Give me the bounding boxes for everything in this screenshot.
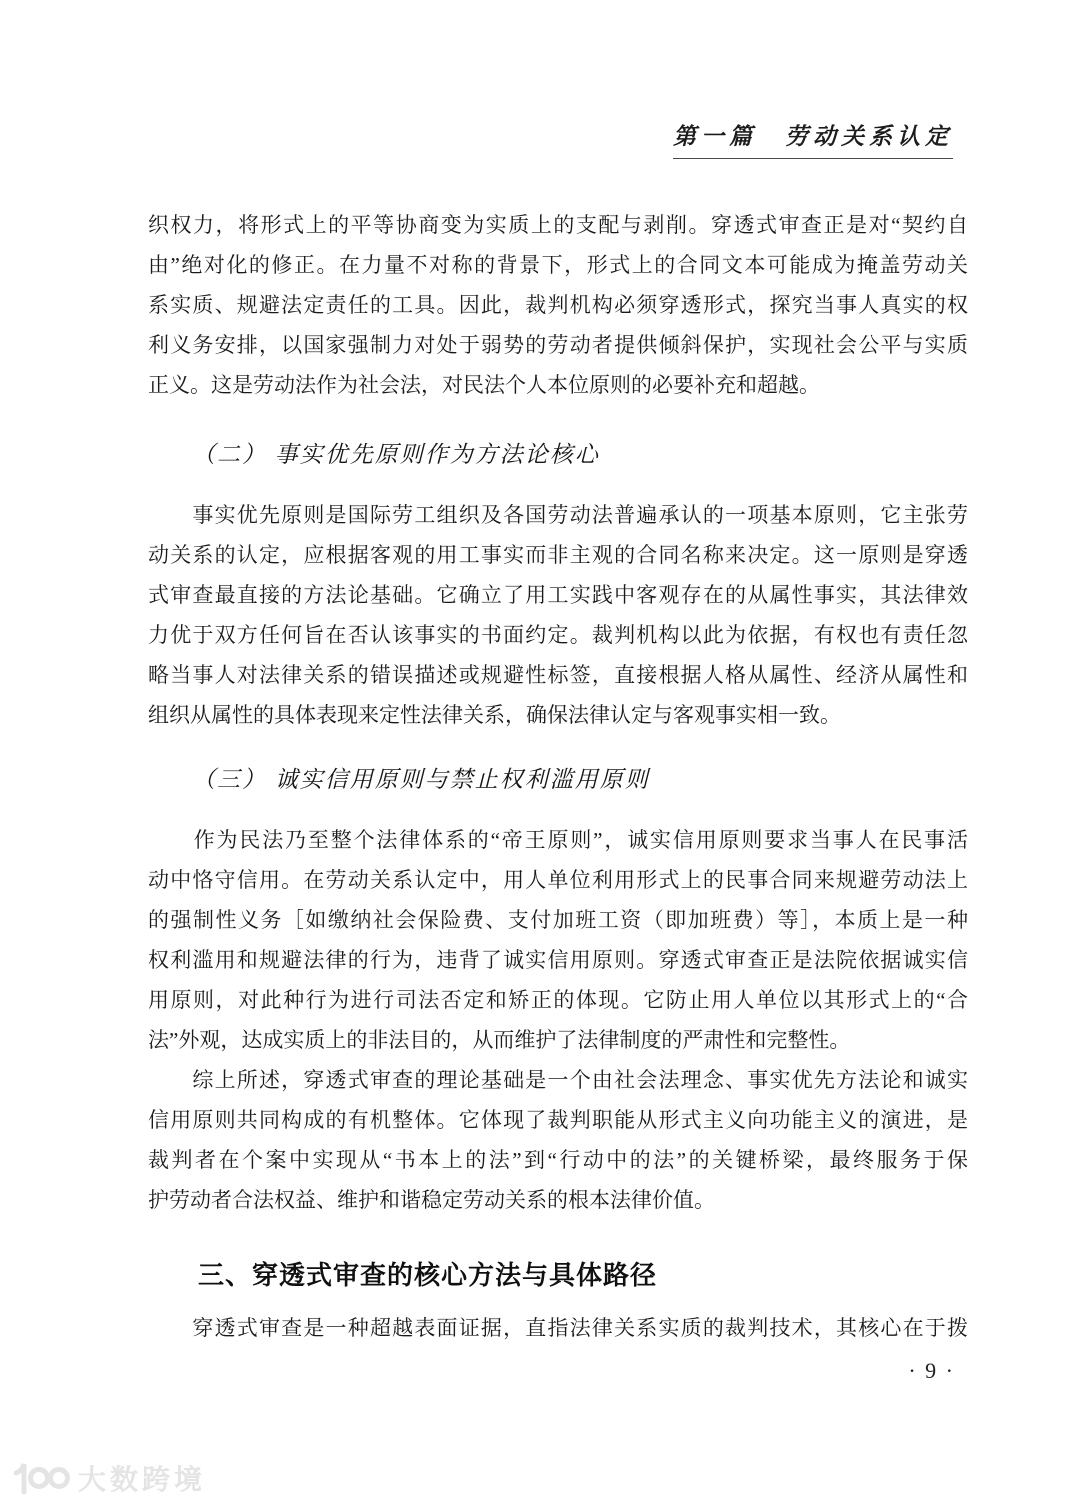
text-line: 事实优先原则是国际劳工组织及各国劳动法普遍承认的一项基本原则，它主张劳 [148, 495, 968, 535]
text-line: 穿透式审查是一种超越表面证据，直指法律关系实质的裁判技术，其核心在于拨 [148, 1308, 968, 1348]
text-line: 综上所述，穿透式审查的理论基础是一个由社会法理念、事实优先方法论和诚实 [148, 1060, 968, 1100]
watermark-logo-icon [12, 1459, 70, 1497]
text-line: 的强制性义务［如缴纳社会保险费、支付加班工资（即加班费）等］，本质上是一种 [148, 900, 968, 940]
dashukuajing-watermark: 大数跨境 [12, 1458, 206, 1498]
text-line: 组织从属性的具体表现来定性法律关系，确保法律认定与客观事实相一致。 [148, 695, 968, 735]
text-line: 裁判者在个案中实现从“书本上的法”到“行动中的法”的关键桥梁，最终服务于保 [148, 1140, 968, 1180]
text-line: 织权力，将形式上的平等协商变为实质上的支配与剥削。穿透式审查正是对“契约自 [148, 205, 968, 245]
text-line: 信用原则共同构成的有机整体。它体现了裁判职能从形式主义向功能主义的演进，是 [148, 1100, 968, 1140]
chapter-section-heading: 三、穿透式审查的核心方法与具体路径 [148, 1254, 1018, 1296]
text-line: 动关系的认定，应根据客观的用工事实而非主观的合同名称来决定。这一原则是穿透 [148, 535, 968, 575]
book-page: 第一篇 劳动关系认定 织权力，将形式上的平等协商变为实质上的支配与剥削。穿透式审… [0, 0, 1080, 1512]
text-line: 利义务安排，以国家强制力对处于弱势的劳动者提供倾斜保护，实现社会公平与实质 [148, 325, 968, 365]
text-line: 法”外观，达成实质上的非法目的，从而维护了法律制度的严肃性和完整性。 [148, 1020, 968, 1060]
text-line: 正义。这是劳动法作为社会法，对民法个人本位原则的必要补充和超越。 [148, 365, 968, 405]
paragraph-fact-priority: 事实优先原则是国际劳工组织及各国劳动法普遍承认的一项基本原则，它主张劳动关系的认… [148, 495, 968, 735]
text-line: 用原则，对此种行为进行司法否定和矫正的体现。它防止用人单位以其形式上的“合 [148, 980, 968, 1020]
text-line: 动中恪守信用。在劳动关系认定中，用人单位利用形式上的民事合同来规避劳动法上 [148, 860, 968, 900]
running-head: 第一篇 劳动关系认定 [673, 118, 953, 159]
text-line: 系实质、规避法定责任的工具。因此，裁判机构必须穿透形式，探究当事人真实的权 [148, 285, 968, 325]
text-line: 式审查最直接的方法论基础。它确立了用工实践中客观存在的从属性事实，其法律效 [148, 575, 968, 615]
text-line: 力优于双方任何旨在否认该事实的书面约定。裁判机构以此为依据，有权也有责任忽 [148, 615, 968, 655]
text-line: 权利滥用和规避法律的行为，违背了诚实信用原则。穿透式审查正是法院依据诚实信 [148, 940, 968, 980]
section-heading-2: （二） 事实优先原则作为方法论核心 [148, 435, 1012, 475]
text-line: 护劳动者合法权益、维护和谐稳定劳动关系的根本法律价值。 [148, 1180, 968, 1220]
page-number: · 9 · [908, 1358, 955, 1384]
text-line: 作为民法乃至整个法律体系的“帝王原则”，诚实信用原则要求当事人在民事活 [148, 820, 968, 860]
section-heading-3: （三） 诚实信用原则与禁止权利滥用原则 [148, 760, 1012, 800]
paragraph-continuation: 织权力，将形式上的平等协商变为实质上的支配与剥削。穿透式审查正是对“契约自由”绝… [148, 205, 968, 405]
text-line: 由”绝对化的修正。在力量不对称的背景下，形式上的合同文本可能成为掩盖劳动关 [148, 245, 968, 285]
paragraph-good-faith: 作为民法乃至整个法律体系的“帝王原则”，诚实信用原则要求当事人在民事活动中恪守信… [148, 820, 968, 1060]
paragraph-methods-intro: 穿透式审查是一种超越表面证据，直指法律关系实质的裁判技术，其核心在于拨 [148, 1308, 968, 1348]
watermark-text: 大数跨境 [78, 1458, 206, 1498]
text-line: 略当事人对法律关系的错误描述或规避性标签，直接根据人格从属性、经济从属性和 [148, 655, 968, 695]
running-head-title: 第一篇 劳动关系认定 [673, 118, 953, 159]
paragraph-summary: 综上所述，穿透式审查的理论基础是一个由社会法理念、事实优先方法论和诚实信用原则共… [148, 1060, 968, 1220]
